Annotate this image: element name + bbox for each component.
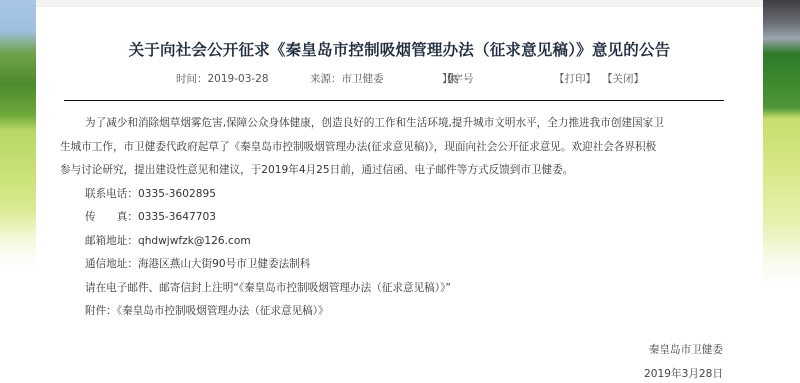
close-button[interactable]: 【关闭】	[602, 71, 644, 86]
announcement-page: 关于向社会公开征求《秦皇岛市控制吸烟管理办法（征求意见稿）》意见的公告 时间：2…	[36, 0, 763, 383]
signature-block: 秦皇岛市卫健委 2019年3月28日	[644, 338, 723, 383]
paragraph-line: 生城市工作，市卫健委代政府起草了《秦皇岛市控制吸烟管理办法(征求意见稿)》，现面…	[60, 136, 750, 160]
article-meta-bar: 时间：2019-03-28 来源：市卫健委 【字号 大 中 小 】 【打印】 【…	[36, 71, 763, 87]
contact-phone: 联系电话：0335-3602895	[60, 183, 750, 207]
contact-email: 邮箱地址：qhdwjwfzk@126.com	[60, 230, 750, 254]
signature-org: 秦皇岛市卫健委	[644, 338, 723, 362]
contact-address: 通信地址：海港区燕山大街90号市卫健委法制科	[60, 253, 750, 277]
top-strip	[36, 0, 763, 7]
contact-fax: 传 真：0335-3647703	[60, 206, 750, 230]
publish-time: 时间：2019-03-28	[176, 71, 269, 86]
signature-date: 2019年3月28日	[644, 362, 723, 383]
paragraph-line: 参与讨论研究，提出建设性意见和建议，于2019年4月25日前，通过信函、电子邮件…	[60, 159, 750, 183]
print-button[interactable]: 【打印】	[554, 71, 596, 86]
paragraph-line: 为了减少和消除烟草烟雾危害,保障公众身体健康，创造良好的工作和生活环境,提升城市…	[60, 112, 750, 136]
right-decorative-background	[763, 0, 800, 383]
submission-note: 请在电子邮件、邮寄信封上注明“《秦皇岛市控制吸烟管理办法（征求意见稿）》”	[60, 277, 750, 301]
page-title: 关于向社会公开征求《秦皇岛市控制吸烟管理办法（征求意见稿）》意见的公告	[36, 38, 763, 60]
attachment-link[interactable]: 附件：《秦皇岛市控制吸烟管理办法（征求意见稿）》	[60, 300, 750, 324]
title-divider	[64, 100, 724, 101]
left-decorative-background	[0, 0, 36, 383]
font-size-label-close: 】	[442, 71, 453, 86]
article-body: 为了减少和消除烟草烟雾危害,保障公众身体健康，创造良好的工作和生活环境,提升城市…	[60, 112, 750, 324]
article-source: 来源：市卫健委	[310, 71, 384, 86]
